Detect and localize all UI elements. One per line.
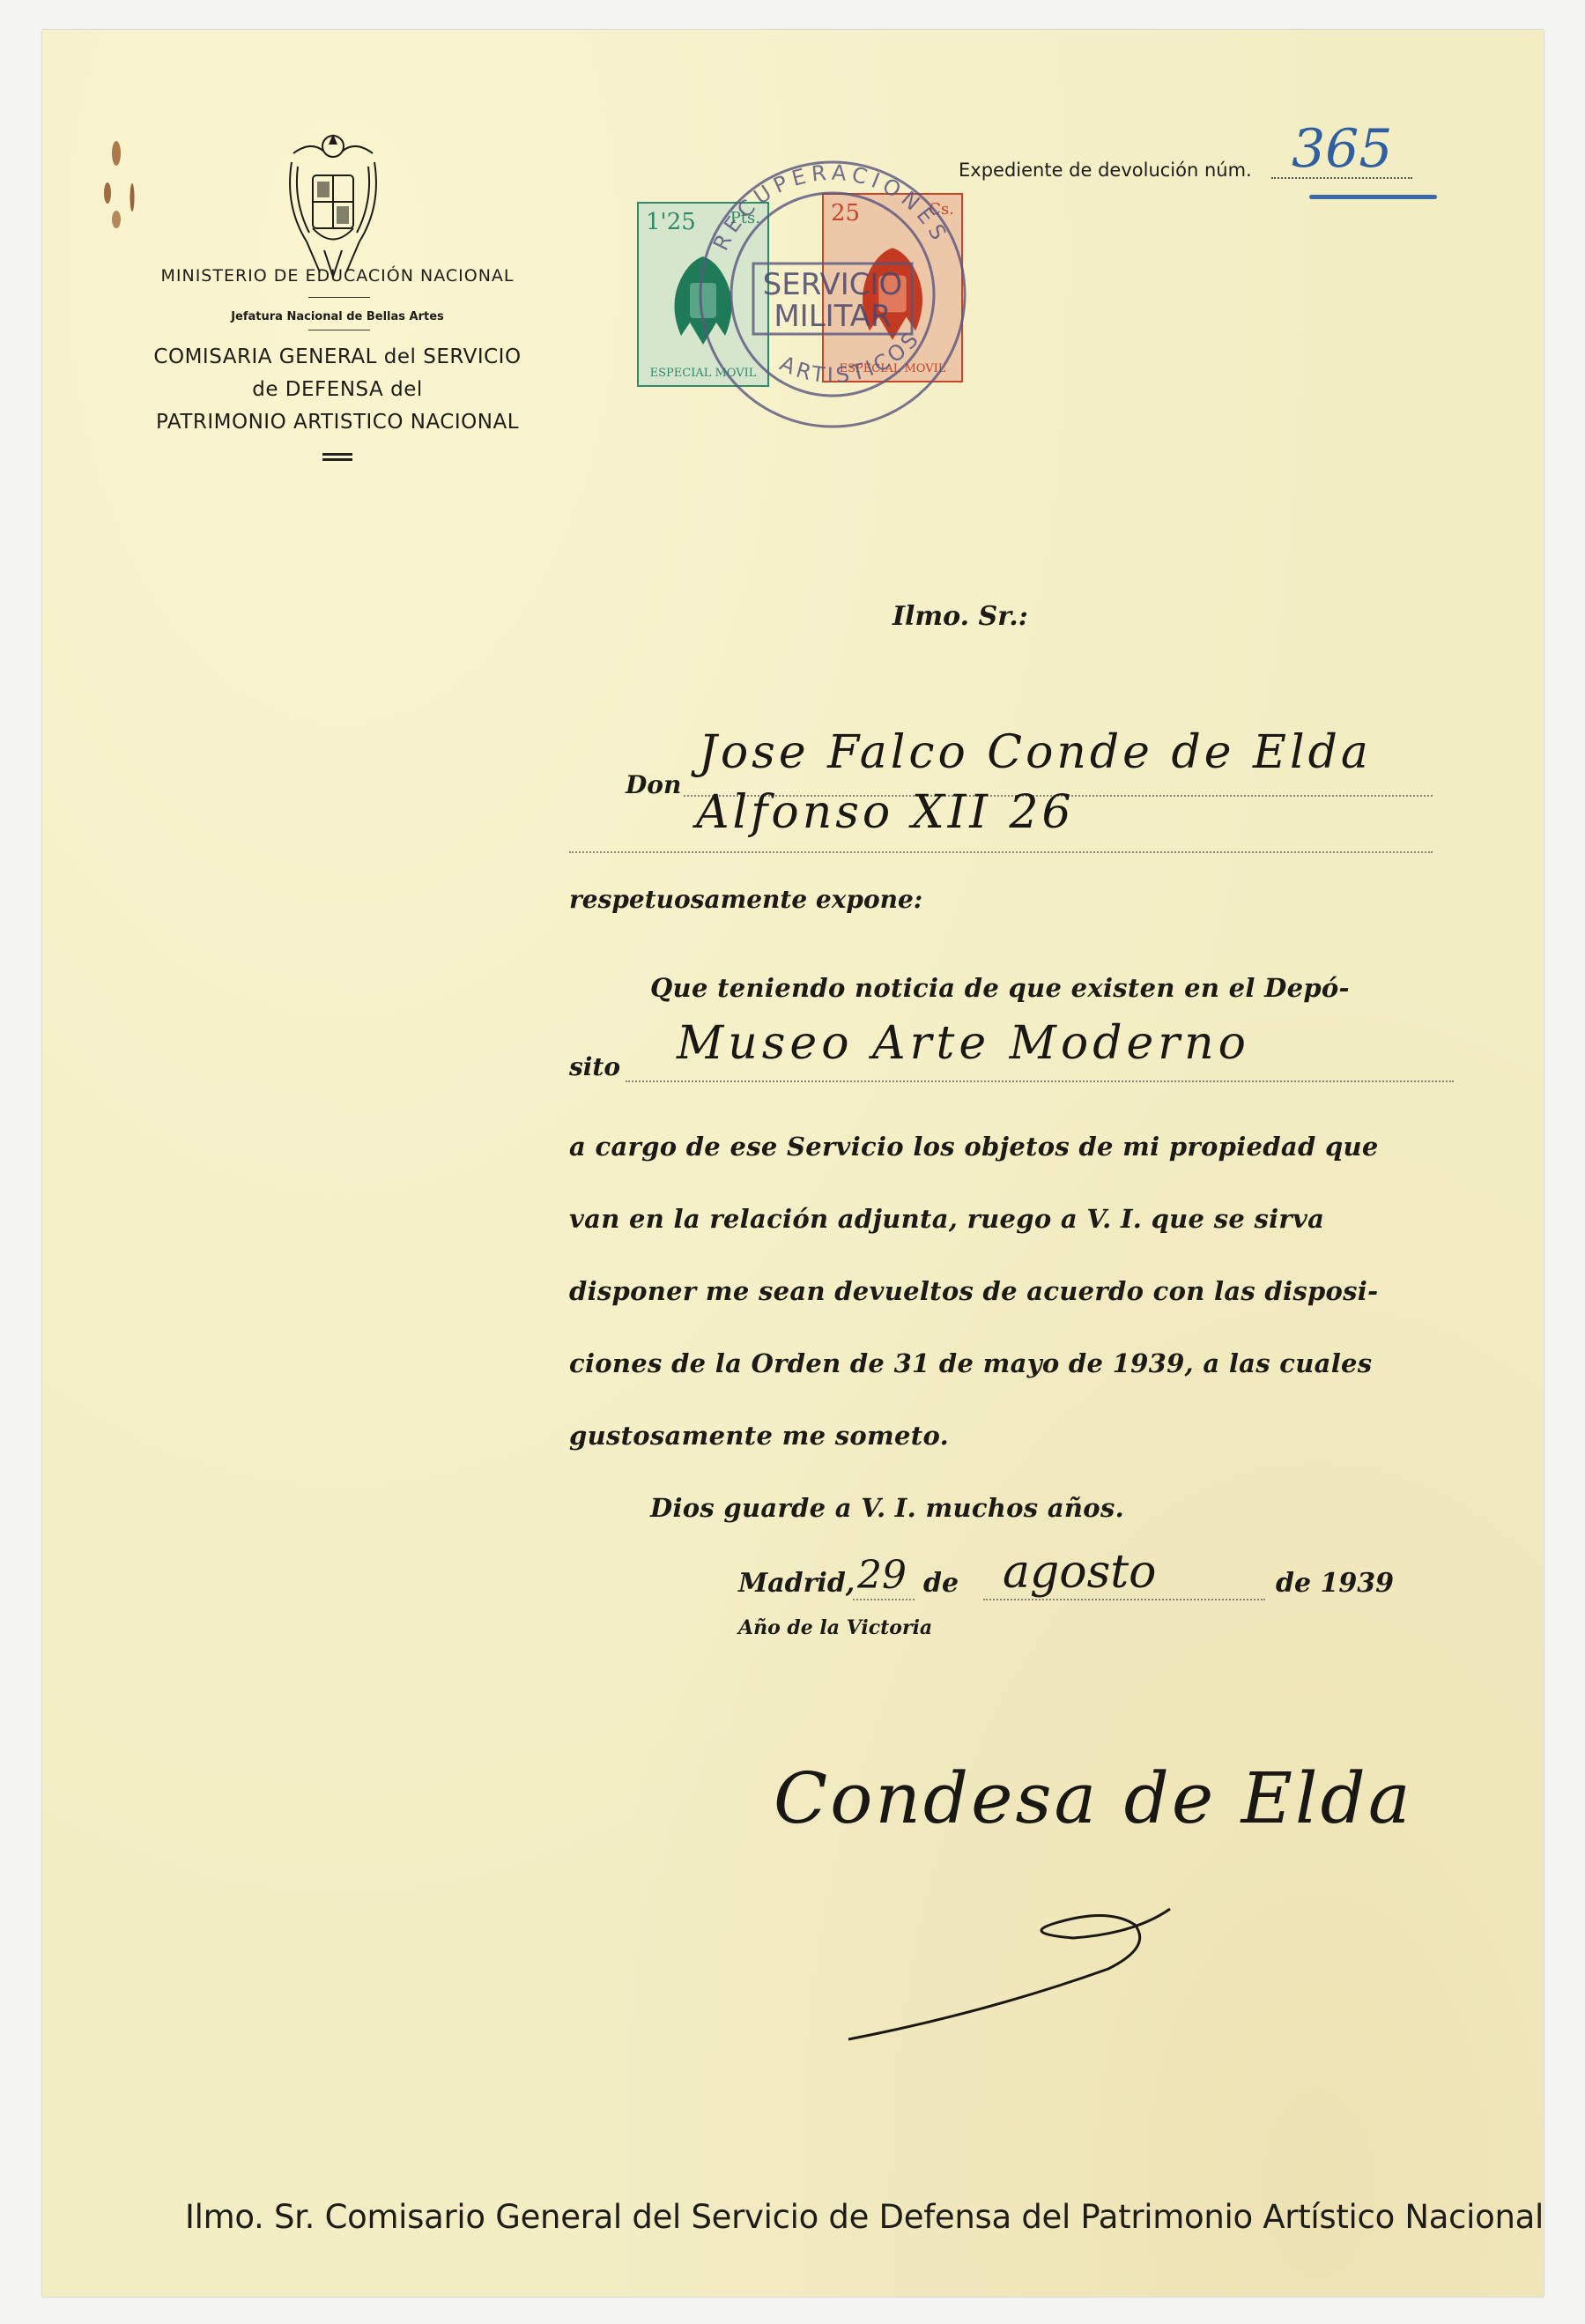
divider (308, 297, 370, 298)
sito-label: sito (569, 1052, 620, 1081)
office-name-line1: COMISARIA GENERAL del SERVICIO (135, 345, 540, 368)
body-line-3: van en la relación adjunta, ruego a V. I… (569, 1204, 1324, 1234)
expediente-number[interactable]: 365 (1292, 118, 1393, 180)
coat-of-arms-icon (285, 127, 381, 286)
date-city: Madrid, (738, 1568, 855, 1599)
date-de: de (923, 1568, 959, 1599)
ministry-name: MINISTERIO DE EDUCACIÓN NACIONAL (135, 266, 540, 286)
body-line-6: gustosamente me someto. (569, 1421, 949, 1451)
deposit-field[interactable]: Museo Arte Moderno (677, 1017, 1250, 1070)
day-field-line (853, 1599, 915, 1600)
body-line-5: ciones de la Orden de 31 de mayo de 1939… (569, 1348, 1372, 1378)
body-line-1: Que teniendo noticia de que existen en e… (650, 973, 1350, 1003)
salutation: Ilmo. Sr.: (892, 601, 1028, 632)
month-field[interactable]: agosto (1003, 1546, 1156, 1599)
office-name-line2: de DEFENSA del (135, 378, 540, 401)
double-rule (322, 453, 352, 464)
month-field-line (983, 1599, 1265, 1600)
svg-text:SERVICIO: SERVICIO (763, 267, 903, 302)
department-name: Jefatura Nacional de Bellas Artes (135, 310, 540, 323)
body-line-2: a cargo de ese Servicio los objetos de m… (569, 1132, 1379, 1162)
addressee-footer: Ilmo. Sr. Comisario General del Servicio… (185, 2198, 1544, 2236)
document-page: MINISTERIO DE EDUCACIÓN NACIONAL Jefatur… (42, 30, 1544, 2297)
signature: Condesa de Elda (774, 1757, 1413, 1839)
cancellation-seal: RECUPERACIONES ARTISTICOS SERVICIO MILIT… (678, 153, 987, 435)
intro-text: respetuosamente expone: (569, 885, 922, 914)
svg-text:MILITAR: MILITAR (774, 299, 891, 334)
address-field-line (569, 851, 1433, 853)
era-text: Año de la Victoria (738, 1616, 932, 1639)
number-underline (1309, 195, 1437, 199)
applicant-name-field[interactable]: Jose Falco Conde de Elda (699, 726, 1372, 779)
closing-formula: Dios guarde a V. I. muchos años. (650, 1493, 1124, 1523)
date-year: de 1939 (1276, 1568, 1394, 1599)
deposit-field-line (626, 1080, 1454, 1082)
day-field[interactable]: 29 (857, 1553, 907, 1598)
body-line-4: disponer me sean devueltos de acuerdo co… (569, 1276, 1378, 1306)
divider (308, 330, 370, 330)
rust-stain-marks (95, 109, 148, 250)
office-name-line3: PATRIMONIO ARTISTICO NACIONAL (135, 411, 540, 434)
signature-flourish (844, 1898, 1196, 2048)
don-label: Don (626, 770, 681, 799)
expediente-label: Expediente de devolución núm. (959, 160, 1252, 181)
applicant-address-field[interactable]: Alfonso XII 26 (696, 786, 1075, 839)
